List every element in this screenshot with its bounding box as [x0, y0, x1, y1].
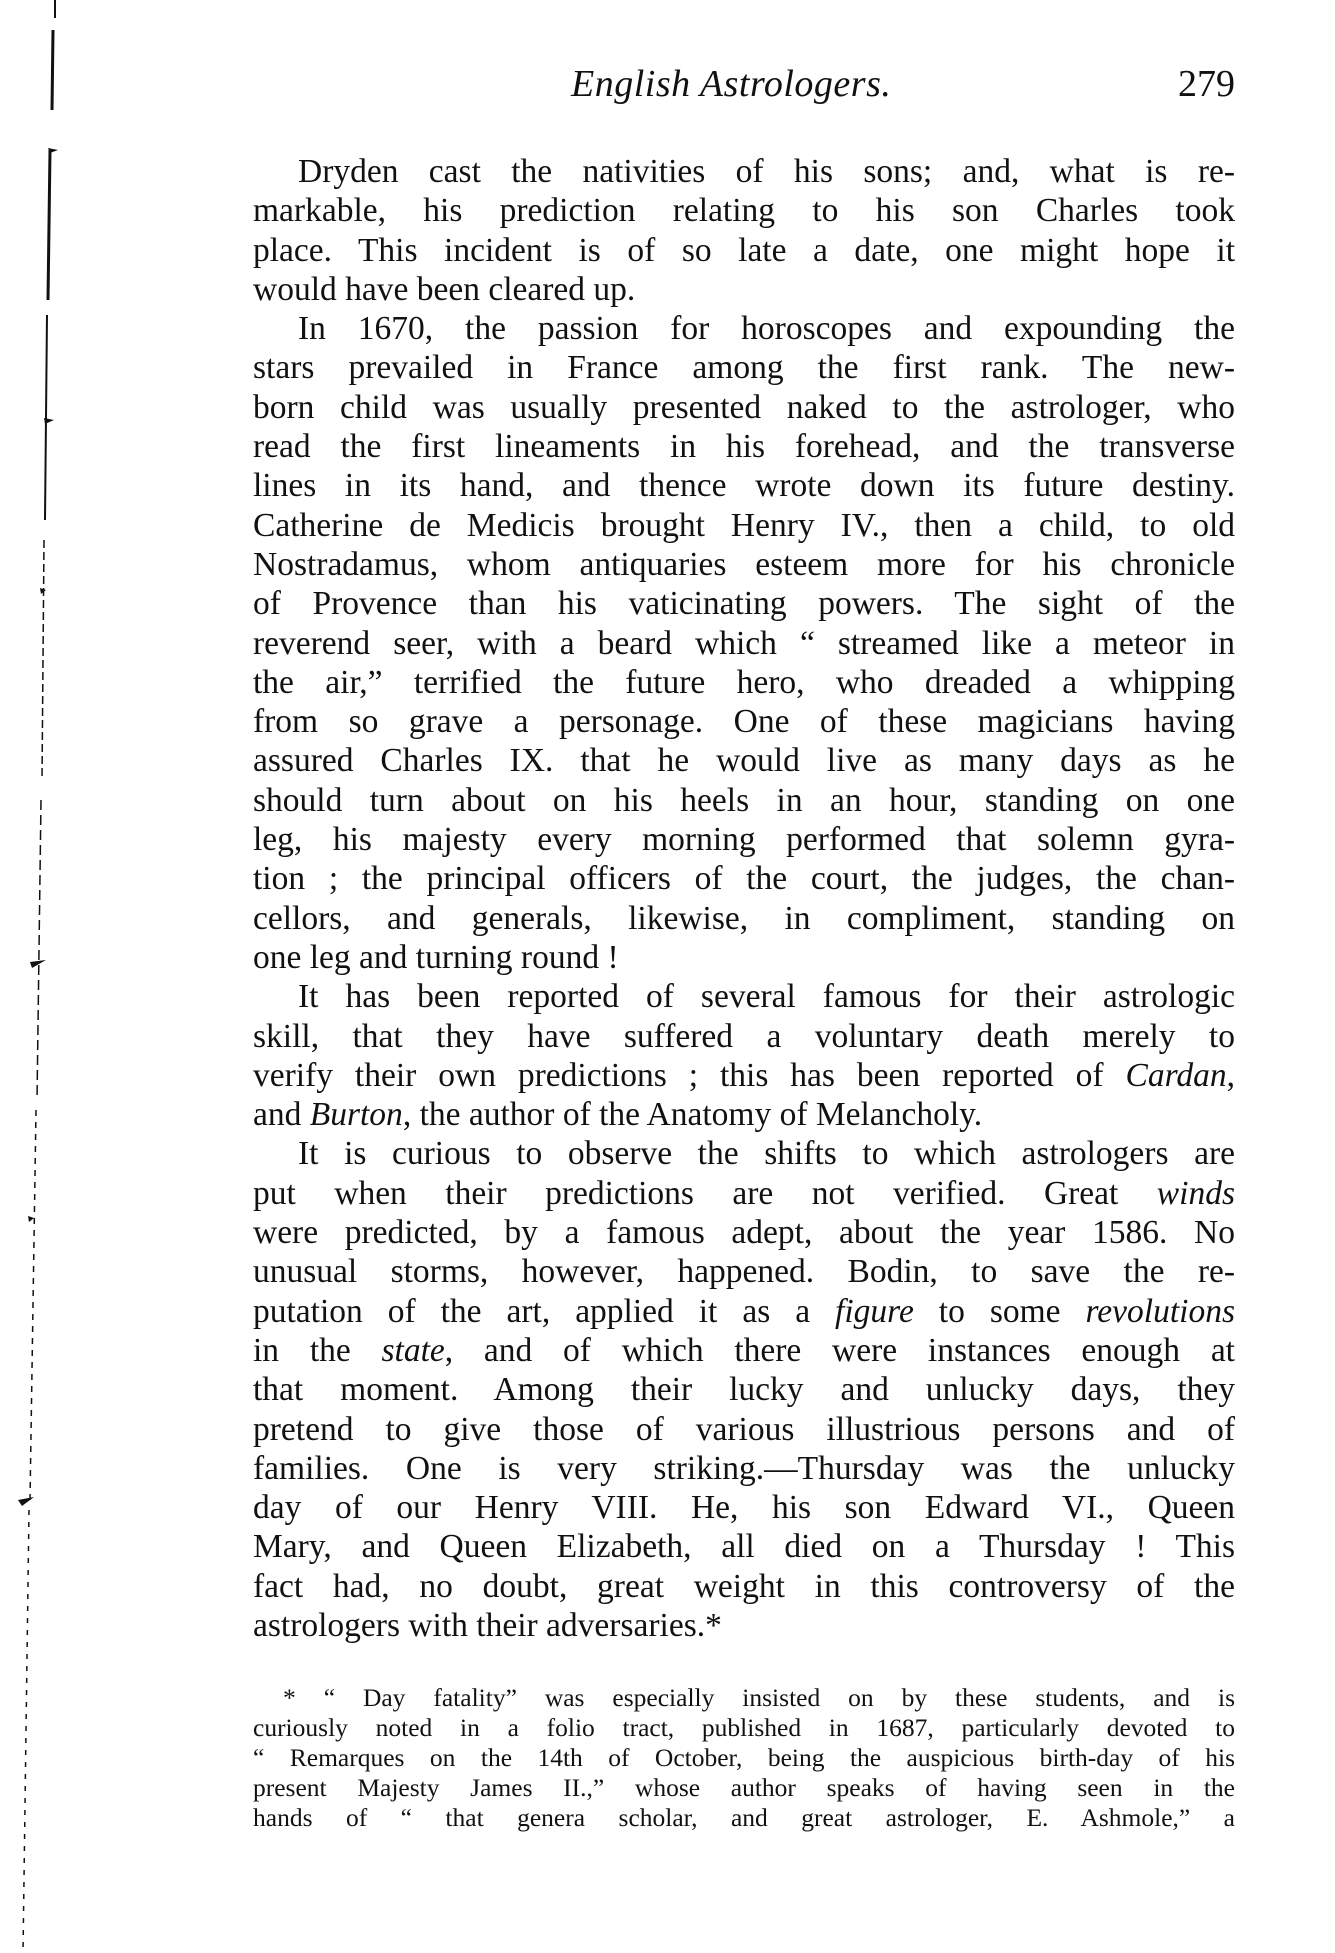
text-run: astrologers with their adversaries.* [253, 1607, 722, 1644]
italic-text: winds [1157, 1175, 1235, 1212]
text-line: Dryden cast the nativities of his sons; … [253, 152, 1235, 191]
text-run: reverend seer, with a beard which “ stre… [253, 625, 1235, 662]
page-number: 279 [1178, 62, 1235, 106]
text-line: day of our Henry VIII. He, his son Edwar… [253, 1488, 1235, 1527]
text-line: from so grave a personage. One of these … [253, 702, 1235, 741]
footnote-line: “ Remarques on the 14th of October, bein… [253, 1743, 1235, 1773]
text-line: tion ; the principal officers of the cou… [253, 859, 1235, 898]
text-line: families. One is very striking.—Thursday… [253, 1449, 1235, 1488]
text-run: fact had, no doubt, great weight in this… [253, 1568, 1235, 1605]
text-run: day of our Henry VIII. He, his son Edwar… [253, 1489, 1235, 1526]
text-line: and Burton, the author of the Anatomy of… [253, 1095, 1235, 1134]
footnote-text: “ Day fatality” was especially insisted … [324, 1683, 1235, 1712]
text-run: unusual storms, however, happened. Bodin… [253, 1253, 1235, 1290]
text-run: It is curious to observe the shifts to w… [298, 1135, 1235, 1172]
footnote: * “ Day fatality” was especially insiste… [253, 1683, 1235, 1833]
italic-text: Burton [310, 1096, 403, 1133]
footnote-line: curiously noted in a folio tract, publis… [253, 1713, 1235, 1743]
text-run: that moment. Among their lucky and unluc… [253, 1371, 1235, 1408]
text-line: born child was usually presented naked t… [253, 388, 1235, 427]
text-line: Nostradamus, whom antiquaries esteem mor… [253, 545, 1235, 584]
text-run: families. One is very striking.—Thursday… [253, 1450, 1235, 1487]
text-line: should turn about on his heels in an hou… [253, 781, 1235, 820]
italic-text: figure [835, 1293, 914, 1330]
text-run: , [1227, 1057, 1235, 1094]
text-run: leg, his majesty every morning performed… [253, 821, 1235, 858]
text-line: Catherine de Medicis brought Henry IV., … [253, 506, 1235, 545]
text-line: that moment. Among their lucky and unluc… [253, 1370, 1235, 1409]
text-line: verify their own predictions ; this has … [253, 1056, 1235, 1095]
footnote-text: present Majesty James II.,” whose author… [253, 1773, 1235, 1802]
text-line: It is curious to observe the shifts to w… [253, 1134, 1235, 1173]
text-run: stars prevailed in France among the firs… [253, 349, 1235, 386]
text-run: It has been reported of several famous f… [298, 978, 1235, 1015]
text-line: stars prevailed in France among the firs… [253, 348, 1235, 387]
text-run: should turn about on his heels in an hou… [253, 782, 1235, 819]
text-line: cellors, and generals, likewise, in comp… [253, 899, 1235, 938]
text-line: In 1670, the passion for horoscopes and … [253, 309, 1235, 348]
text-run: , and of which there were instances enou… [445, 1332, 1235, 1369]
text-run: Dryden cast the nativities of his sons; … [298, 153, 1235, 190]
text-line: read the first lineaments in his forehea… [253, 427, 1235, 466]
footnote-text: hands of “ that genera scholar, and grea… [253, 1803, 1235, 1832]
text-line: leg, his majesty every morning performed… [253, 820, 1235, 859]
footnote-line: * “ Day fatality” was especially insiste… [253, 1683, 1235, 1713]
text-run: pretend to give those of various illustr… [253, 1411, 1235, 1448]
text-run: read the first lineaments in his forehea… [253, 428, 1235, 465]
text-line: one leg and turning round ! [253, 938, 1235, 977]
text-run: lines in its hand, and thence wrote down… [253, 467, 1235, 504]
text-line: skill, that they have suffered a volunta… [253, 1017, 1235, 1056]
paragraph: Dryden cast the nativities of his sons; … [253, 152, 1235, 309]
body-text: Dryden cast the nativities of his sons; … [253, 152, 1235, 1645]
footnote-line: present Majesty James II.,” whose author… [253, 1773, 1235, 1803]
text-line: would have been cleared up. [253, 270, 1235, 309]
text-run: tion ; the principal officers of the cou… [253, 860, 1235, 897]
text-run: put when their predictions are not verif… [253, 1175, 1157, 1212]
text-run: Catherine de Medicis brought Henry IV., … [253, 507, 1235, 544]
text-run: the air,” terrified the future hero, who… [253, 664, 1235, 701]
text-line: pretend to give those of various illustr… [253, 1410, 1235, 1449]
text-run: of Provence than his vaticinating powers… [253, 585, 1235, 622]
text-run: In 1670, the passion for horoscopes and … [298, 310, 1235, 347]
text-run: place. This incident is of so late a dat… [253, 232, 1235, 269]
paragraph: It has been reported of several famous f… [253, 977, 1235, 1134]
text-run: putation of the art, applied it as a [253, 1293, 835, 1330]
italic-text: state [382, 1332, 445, 1369]
text-run: one leg and turning round ! [253, 939, 619, 976]
text-line: place. This incident is of so late a dat… [253, 231, 1235, 270]
running-head: English Astrologers. 279 [253, 62, 1235, 112]
text-line: of Provence than his vaticinating powers… [253, 584, 1235, 623]
text-line: putation of the art, applied it as a fig… [253, 1292, 1235, 1331]
text-run: from so grave a personage. One of these … [253, 703, 1235, 740]
text-line: Mary, and Queen Elizabeth, all died on a… [253, 1527, 1235, 1566]
text-line: astrologers with their adversaries.* [253, 1606, 1235, 1645]
footnote-text: “ Remarques on the 14th of October, bein… [253, 1743, 1235, 1772]
text-run: to some [914, 1293, 1086, 1330]
paragraph: It is curious to observe the shifts to w… [253, 1134, 1235, 1645]
text-line: It has been reported of several famous f… [253, 977, 1235, 1016]
italic-text: Cardan [1125, 1057, 1226, 1094]
footnote-line: hands of “ that genera scholar, and grea… [253, 1803, 1235, 1833]
paragraph: In 1670, the passion for horoscopes and … [253, 309, 1235, 977]
text-run: , the author of the Anatomy of Melanchol… [403, 1096, 982, 1133]
running-head-title: English Astrologers. [571, 62, 891, 106]
footnote-marker: * [283, 1683, 324, 1712]
text-line: in the state, and of which there were in… [253, 1331, 1235, 1370]
text-line: the air,” terrified the future hero, who… [253, 663, 1235, 702]
text-run: would have been cleared up. [253, 271, 635, 308]
text-run: Mary, and Queen Elizabeth, all died on a… [253, 1528, 1235, 1565]
text-run: in the [253, 1332, 382, 1369]
text-line: fact had, no doubt, great weight in this… [253, 1567, 1235, 1606]
text-run: cellors, and generals, likewise, in comp… [253, 900, 1235, 937]
text-line: reverend seer, with a beard which “ stre… [253, 624, 1235, 663]
text-line: lines in its hand, and thence wrote down… [253, 466, 1235, 505]
text-run: verify their own predictions ; this has … [253, 1057, 1125, 1094]
italic-text: revolutions [1086, 1293, 1236, 1330]
binding-edge-line [0, 0, 80, 1953]
footnote-text: curiously noted in a folio tract, publis… [253, 1713, 1235, 1742]
text-run: skill, that they have suffered a volunta… [253, 1018, 1235, 1055]
text-run: markable, his prediction relating to his… [253, 192, 1235, 229]
text-line: markable, his prediction relating to his… [253, 191, 1235, 230]
text-run: Nostradamus, whom antiquaries esteem mor… [253, 546, 1235, 583]
text-run: born child was usually presented naked t… [253, 389, 1235, 426]
text-line: unusual storms, however, happened. Bodin… [253, 1252, 1235, 1291]
text-run: were predicted, by a famous adept, about… [253, 1214, 1235, 1251]
text-run: assured Charles IX. that he would live a… [253, 742, 1235, 779]
text-line: put when their predictions are not verif… [253, 1174, 1235, 1213]
text-line: were predicted, by a famous adept, about… [253, 1213, 1235, 1252]
text-run: and [253, 1096, 310, 1133]
text-line: assured Charles IX. that he would live a… [253, 741, 1235, 780]
